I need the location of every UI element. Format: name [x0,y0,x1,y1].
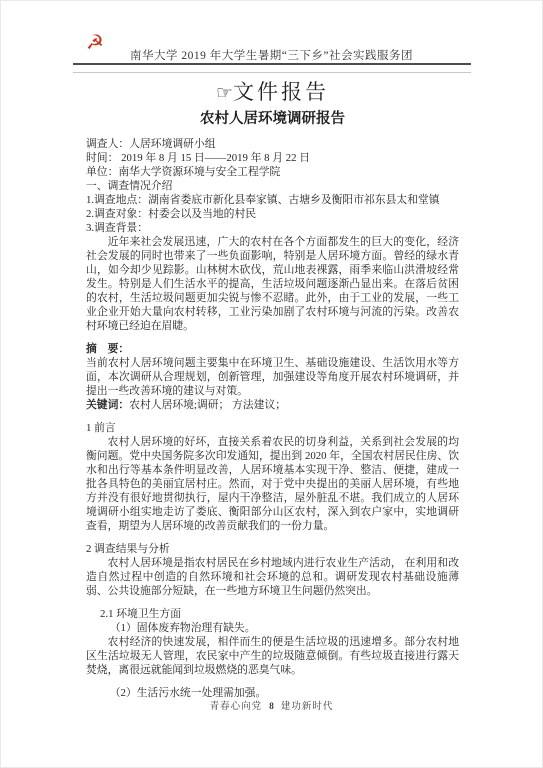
document-subtitle: 农村人居环境调研报告 [86,110,459,129]
spacer [86,677,459,686]
abstract-label: 摘 要： [86,342,459,356]
abstract-paragraph: 当前农村人居环境问题主要集中在环境卫生、基础设施建设、生活饮用水等方面，本次调研… [86,356,459,398]
section-2-1-heading: 2.1 环境卫生方面 [86,607,459,621]
section-1-heading: 一、调查情况介绍 [86,179,459,193]
page-footer: 青春心向党8建功新时代 [1,701,542,713]
results-paragraph: 农村人居环境是指农村居民在乡村地域内进行农业生产活动， 在利用和改造自然过程中创… [86,556,459,598]
point-2-heading: （2）生活污水统一处理需加强。 [86,686,459,700]
page-number: 8 [269,702,274,712]
meta-subjects: 2.调查对象：村委会以及当地的村民 [86,207,459,221]
page-header: ☭ 南华大学 2019 年大学生暑期“三下乡”社会实践服务团 [1,31,542,63]
party-emblem-icon: ☭ [86,32,104,53]
meta-time: 时间： 2019 年 8 月 15 日——2019 年 8 月 22 日 [86,151,459,165]
document-content: ☞文件报告 农村人居环境调研报告 调查人：人居环境调研小组 时间： 2019 年… [86,79,459,700]
meta-background-label: 3.调查背景： [86,221,459,235]
meta-location: 1.调查地点：湖南省娄底市新化县奉家镇、古塘乡及衡阳市祁东县太和堂镇 [86,193,459,207]
preface-paragraph: 农村人居环境的好坏，直接关系着农民的切身利益，关系到社会发展的均衡问题。党中央国… [86,435,459,533]
point-1-heading: （1）固体废弃物治理有缺失。 [86,621,459,635]
results-heading: 2 调查结果与分析 [86,542,459,556]
background-paragraph: 近年来社会发展迅速，广大的农村在各个方面都发生的巨大的变化，经济社会发展的同时也… [86,235,459,333]
document-body: 调查人：人居环境调研小组 时间： 2019 年 8 月 15 日——2019 年… [86,137,459,700]
preface-heading: 1 前言 [86,421,459,435]
meta-investigator: 调查人：人居环境调研小组 [86,137,459,151]
footer-slogan-left: 青春心向党 [210,702,263,712]
meta-unit: 单位：南华大学资源环境与安全工程学院 [86,165,459,179]
document-title-text: 文件报告 [233,80,329,104]
footer-slogan-right: 建功新时代 [281,702,334,712]
spacer [86,412,459,421]
header-rule-bottom [73,72,471,73]
spacer [86,598,459,607]
keywords-label: 关键词： [86,399,129,411]
header-title: 南华大学 2019 年大学生暑期“三下乡”社会实践服务团 [1,31,542,63]
document-title: ☞文件报告 [86,79,459,106]
keywords-text: 农村人居环境;调研； 方法建议； [129,399,286,411]
spacer [86,333,459,342]
pointing-finger-icon: ☞ [216,82,233,104]
document-page: ☭ 南华大学 2019 年大学生暑期“三下乡”社会实践服务团 ☞文件报告 农村人… [0,0,543,768]
header-rule-top [73,63,471,65]
keywords-line: 关键词：农村人居环境;调研； 方法建议； [86,398,459,412]
spacer [86,533,459,542]
point-1-paragraph: 农村经济的快速发展，相伴而生的便是生活垃圾的迅速增多。部分农村地区生活垃圾无人管… [86,635,459,677]
